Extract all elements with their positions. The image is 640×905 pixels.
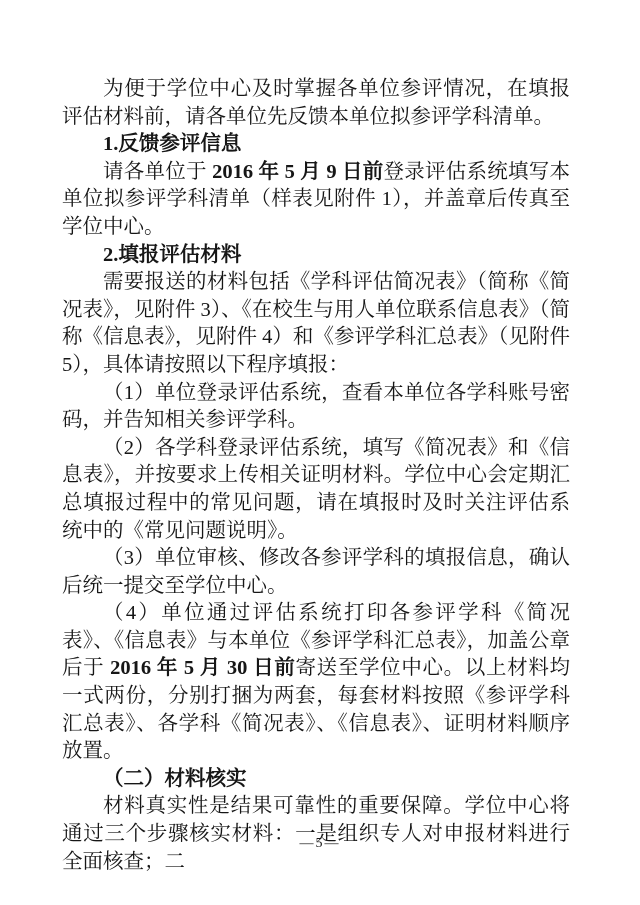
- bold-text-run: 2.填报评估材料: [103, 244, 241, 266]
- bold-text-run: （二）材料核实: [103, 768, 247, 790]
- bold-text-run: 1.反馈参评信息: [103, 133, 241, 155]
- text-run: 需要报送的材料包括《学科评估简况表》（简称《简况表》，见附件 3）、《在校生与用…: [62, 271, 570, 376]
- page-number: —5—: [300, 836, 341, 851]
- paragraph: （3）单位审核、修改各参评学科的填报信息，确认后统一提交至学位中心。: [62, 545, 570, 600]
- paragraph: 需要报送的材料包括《学科评估简况表》（简称《简况表》，见附件 3）、《在校生与用…: [62, 269, 570, 379]
- paragraph: 材料真实性是结果可靠性的重要保障。学位中心将通过三个步骤核实材料：一是组织专人对…: [62, 793, 570, 876]
- document-page: 为便于学位中心及时掌握各单位参评情况，在填报评估材料前，请各单位先反馈本单位拟参…: [0, 0, 640, 905]
- paragraph: （4）单位通过评估系统打印各参评学科《简况表》、《信息表》与本单位《参评学科汇总…: [62, 600, 570, 766]
- text-run: 为便于学位中心及时掌握各单位参评情况，在填报评估材料前，请各单位先反馈本单位拟参…: [62, 78, 570, 128]
- bold-text-run: 2016 年 5 月 9 日前: [212, 161, 383, 183]
- page-footer: —5—: [0, 836, 640, 852]
- paragraph: （2）各学科登录评估系统，填写《简况表》和《信息表》，并按要求上传相关证明材料。…: [62, 435, 570, 545]
- section-heading: （二）材料核实: [62, 766, 570, 794]
- text-run: （2）各学科登录评估系统，填写《简况表》和《信息表》，并按要求上传相关证明材料。…: [62, 437, 570, 542]
- paragraph: 请各单位于 2016 年 5 月 9 日前登录评估系统填写本单位拟参评学科清单（…: [62, 159, 570, 242]
- paragraph: 为便于学位中心及时掌握各单位参评情况，在填报评估材料前，请各单位先反馈本单位拟参…: [62, 76, 570, 131]
- paragraph: （1）单位登录评估系统，查看本单位各学科账号密码，并告知相关参评学科。: [62, 380, 570, 435]
- text-run: （1）单位登录评估系统，查看本单位各学科账号密码，并告知相关参评学科。: [62, 382, 570, 432]
- text-run: 请各单位于: [103, 161, 212, 183]
- section-heading: 1.反馈参评信息: [62, 131, 570, 159]
- text-run: 材料真实性是结果可靠性的重要保障。学位中心将通过三个步骤核实材料：一是组织专人对…: [62, 795, 570, 872]
- document-body: 为便于学位中心及时掌握各单位参评情况，在填报评估材料前，请各单位先反馈本单位拟参…: [62, 76, 570, 876]
- section-heading: 2.填报评估材料: [62, 242, 570, 270]
- text-run: （3）单位审核、修改各参评学科的填报信息，确认后统一提交至学位中心。: [62, 547, 570, 597]
- bold-text-run: 2016 年 5 月 30 日前: [110, 657, 295, 679]
